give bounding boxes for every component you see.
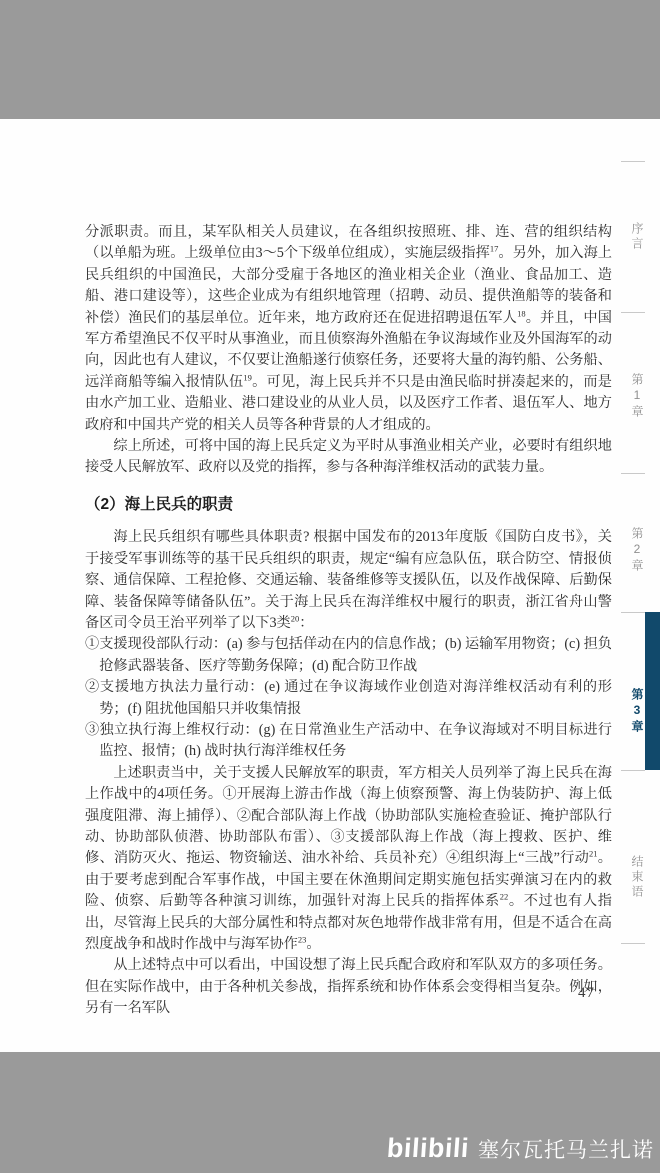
video-frame: 分派职责。而且，某军队相关人员建议，在各组织按照班、排、连、营的组织结构（以单船… (0, 0, 660, 1173)
list-item-1: ①支援现役部队行动：(a) 参与包括佯动在内的信息作战；(b) 运输军用物资；(… (85, 634, 612, 677)
list-item-3: ③独立执行海上维权行动：(g) 在日常渔业生产活动中、在争议海域对不明目标进行监… (85, 720, 612, 763)
bilibili-logo: bilibili (386, 1133, 470, 1164)
paragraph-duties: 海上民兵组织有哪些具体职责? 根据中国发布的2013年度版《国防白皮书》，关于接… (85, 527, 612, 634)
endnote-ref: 21 (589, 849, 598, 859)
watermark-username: 塞尔瓦托马兰扎诺 (478, 1134, 654, 1164)
endnote-ref: 18 (517, 308, 526, 318)
tab-chapter-1: 第1章 (620, 365, 646, 427)
page-body-text: 分派职责。而且，某军队相关人员建议，在各组织按照班、排、连、营的组织结构（以单船… (85, 222, 612, 1020)
book-page: 分派职责。而且，某军队相关人员建议，在各组织按照班、排、连、营的组织结构（以单船… (0, 119, 660, 1052)
paragraph-summary: 综上所述，可将中国的海上民兵定义为平时从事渔业相关产业，必要时有组织地接受人民解… (85, 436, 612, 479)
paragraph-continued: 分派职责。而且，某军队相关人员建议，在各组织按照班、排、连、营的组织结构（以单船… (85, 222, 612, 436)
tab-conclusion: 结束语 (620, 846, 646, 908)
tab-preface: 序言 (620, 217, 646, 257)
paragraph-tasks: 上述职责当中，关于支援人民解放军的职责，军方相关人员列举了海上民兵在海上作战中的… (85, 763, 612, 956)
tab-chapter-2: 第2章 (620, 519, 646, 581)
list-item-2: ②支援地方执法力量行动：(e) 通过在争议海域作业创造对海洋维权活动有利的形势；… (85, 677, 612, 720)
tab-chapter-3: 第3章 (620, 680, 646, 742)
tab-divider-4 (621, 943, 645, 944)
tab-divider-1 (621, 161, 645, 162)
active-tab-top-edge (621, 612, 645, 613)
tab-divider-2 (621, 312, 645, 313)
tab-divider-3 (621, 473, 645, 474)
endnote-ref: 17 (490, 244, 499, 254)
active-tab-bar (645, 612, 660, 770)
endnote-ref: 19 (243, 372, 252, 382)
endnote-ref: 23 (298, 934, 307, 944)
top-gray-letterbox (0, 0, 660, 119)
paragraph-closing: 从上述特点中可以看出，中国设想了海上民兵配合政府和军队双方的多项任务。但在实际作… (85, 955, 612, 1019)
endnote-ref: 22 (500, 891, 509, 901)
section-heading: （2）海上民兵的职责 (85, 494, 612, 515)
page-number: 47 (578, 985, 614, 1002)
endnote-ref: 20 (291, 613, 300, 623)
active-tab-bottom-edge (621, 770, 645, 771)
watermark: bilibili 塞尔瓦托马兰扎诺 (387, 1133, 654, 1167)
